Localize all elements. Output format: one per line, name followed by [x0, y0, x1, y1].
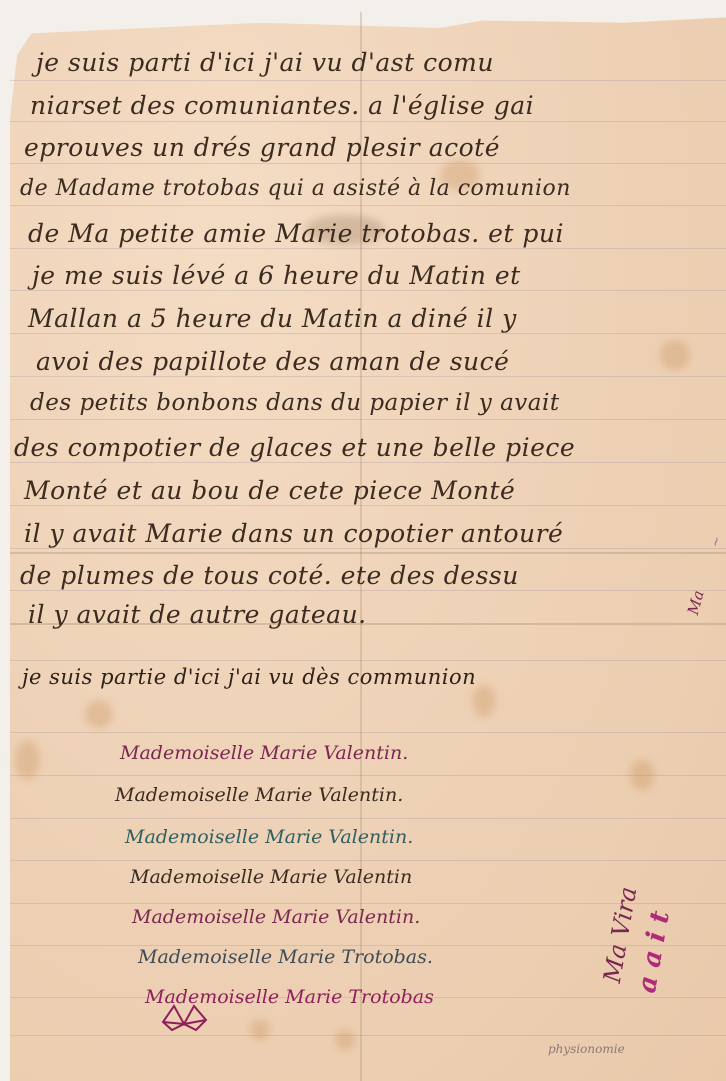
body-line: de plumes de tous coté. ete des dessu	[20, 561, 519, 590]
signature: Mademoiselle Marie Valentin.	[132, 906, 420, 928]
ruled-line	[10, 1035, 726, 1036]
body-line: je me suis lévé a 6 heure du Matin et	[32, 261, 521, 290]
stain	[630, 760, 654, 790]
stain	[472, 685, 496, 717]
ruled-line	[10, 732, 726, 733]
ruled-line	[10, 462, 726, 463]
body-line: de Madame trotobas qui a asisté à la com…	[20, 176, 571, 201]
ruled-line	[10, 660, 726, 661]
body-line: eprouves un drés grand plesir acoté	[24, 133, 500, 162]
ruled-line	[10, 818, 726, 819]
ruled-line	[10, 333, 726, 334]
ruled-line	[10, 548, 726, 549]
ruled-line	[10, 248, 726, 249]
ruled-line	[10, 505, 726, 506]
signature: Mademoiselle Marie Valentin.	[125, 826, 413, 848]
stain	[85, 700, 113, 728]
ruled-line	[10, 163, 726, 164]
body-line: il y avait Marie dans un copotier antour…	[24, 519, 563, 548]
second-sentence: je suis partie d'ici j'ai vu dès communi…	[22, 665, 476, 689]
stain	[15, 740, 40, 780]
ruled-line	[10, 205, 726, 206]
stain	[335, 1030, 355, 1050]
ruled-line	[10, 80, 726, 81]
body-line: de Ma petite amie Marie trotobas. et pui	[28, 219, 564, 248]
signature: Mademoiselle Marie Valentin.	[115, 784, 403, 806]
body-line: Mallan a 5 heure du Matin a diné il y	[28, 304, 517, 333]
monogram	[160, 1000, 210, 1032]
ruled-line	[10, 860, 726, 861]
monogram-mm-icon	[160, 1000, 210, 1032]
body-line: il y avait de autre gateau.	[28, 600, 367, 629]
body-line: je suis parti d'ici j'ai vu d'ast comu	[36, 48, 494, 77]
body-line: niarset des comuniantes. a l'église gai	[30, 91, 534, 120]
ruled-line	[10, 290, 726, 291]
ruled-line	[10, 775, 726, 776]
paper-fold-horizontal	[10, 552, 726, 554]
body-line: Monté et au bou de cete piece Monté	[24, 476, 515, 505]
ruled-line	[10, 376, 726, 377]
ruled-line	[10, 590, 726, 591]
ruled-line	[10, 419, 726, 420]
body-line: des petits bonbons dans du papier il y a…	[30, 390, 560, 416]
stain	[660, 340, 690, 370]
signature: Mademoiselle Marie Valentin.	[120, 742, 408, 764]
body-line: des compotier de glaces et une belle pie…	[14, 433, 575, 462]
stain	[250, 1020, 270, 1040]
ruled-line	[10, 121, 726, 122]
signature: Mademoiselle Marie Valentin	[130, 866, 412, 888]
body-line: avoi des papillote des aman de sucé	[36, 347, 509, 376]
pencil-note: physionomie	[548, 1042, 625, 1056]
signature: Mademoiselle Marie Trotobas.	[138, 946, 433, 968]
